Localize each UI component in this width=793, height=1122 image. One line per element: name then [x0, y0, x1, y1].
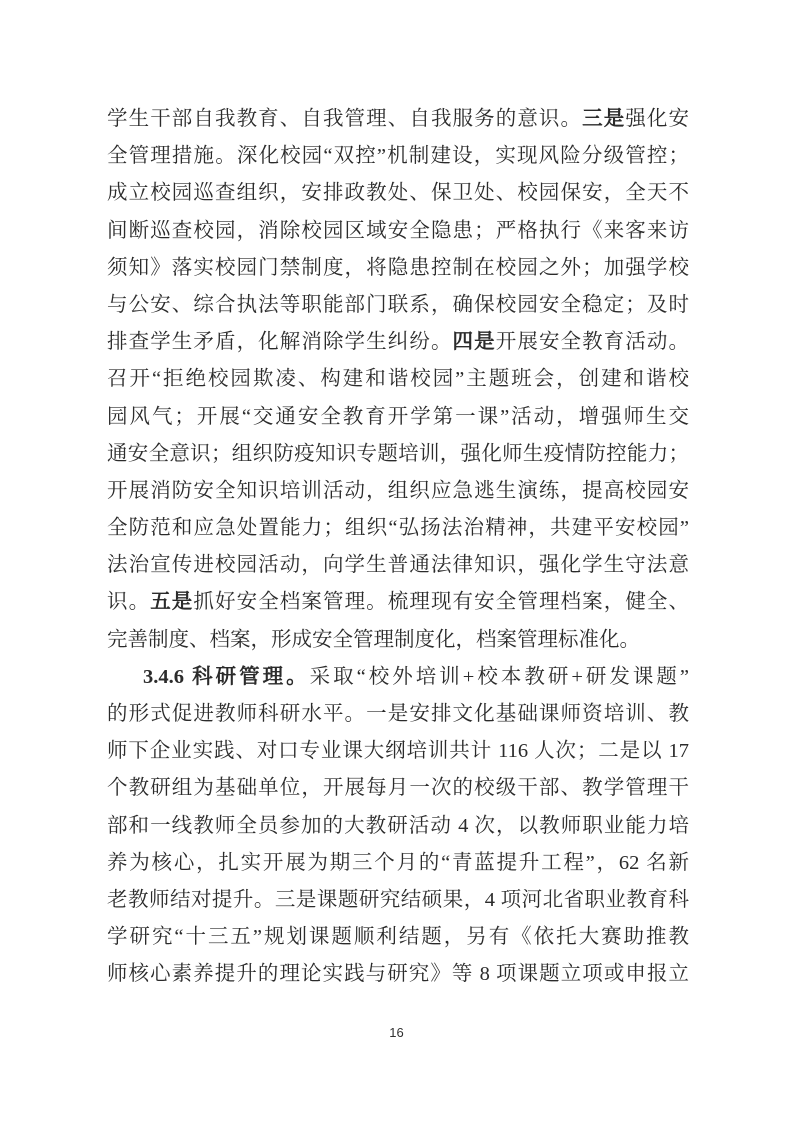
text-run: 全防范和应急处置能力；组织“弘扬法治精神，共建平安校园”: [107, 517, 689, 539]
text-line: 部和一线教师全员参加的大教研活动 4 次，以教师职业能力培: [107, 808, 689, 845]
text-line: 通安全意识；组织防疫知识专题培训，强化师生疫情防控能力；: [107, 436, 689, 473]
text-run: 与公安、综合执法等职能部门联系，确保校园安全稳定；及时: [107, 294, 689, 316]
document-body: 学生干部自我教育、自我管理、自我服务的意识。三是强化安全管理措施。深化校园“双控…: [107, 101, 689, 994]
text-run: 的形式促进教师科研水平。一是安排文化基础课师资培训、教: [107, 703, 689, 725]
text-line: 法治宣传进校园活动，向学生普通法律知识，强化学生守法意: [107, 547, 689, 584]
text-line: 完善制度、档案，形成安全管理制度化，档案管理标准化。: [107, 622, 689, 659]
text-line: 全防范和应急处置能力；组织“弘扬法治精神，共建平安校园”: [107, 510, 689, 547]
text-line: 全管理措施。深化校园“双控”机制建设，实现风险分级管控；: [107, 138, 689, 175]
text-line: 学生干部自我教育、自我管理、自我服务的意识。三是强化安: [107, 101, 689, 138]
bold-text-run: 四是: [453, 331, 496, 353]
text-line: 3.4.6 科研管理。采取“校外培训+校本教研+研发课题”: [107, 659, 689, 696]
text-run: 师下企业实践、对口专业课大纲培训共计 116 人次；二是以 17: [107, 740, 689, 762]
text-run: 老教师结对提升。三是课题研究结硕果，4 项河北省职业教育科: [107, 889, 689, 911]
text-run: 师核心素养提升的理论实践与研究》等 8 项课题立项或申报立: [107, 963, 689, 985]
text-line: 师下企业实践、对口专业课大纲培训共计 116 人次；二是以 17: [107, 733, 689, 770]
text-run: 开展消防安全知识培训活动，组织应急逃生演练，提高校园安: [107, 480, 689, 502]
text-line: 养为核心，扎实开展为期三个月的“青蓝提升工程”，62 名新: [107, 845, 689, 882]
text-run: 养为核心，扎实开展为期三个月的“青蓝提升工程”，62 名新: [107, 852, 689, 874]
text-line: 的形式促进教师科研水平。一是安排文化基础课师资培训、教: [107, 696, 689, 733]
text-run: 个教研组为基础单位，开展每月一次的校级干部、教学管理干: [107, 777, 689, 799]
bold-text-run: 3.4.6 科研管理。: [143, 666, 310, 688]
text-run: 学研究“十三五”规划课题顺利结题，另有《依托大赛助推教: [107, 926, 689, 948]
text-line: 召开“拒绝校园欺凌、构建和谐校园”主题班会，创建和谐校: [107, 361, 689, 398]
text-run: 识。: [107, 591, 150, 613]
text-line: 老教师结对提升。三是课题研究结硕果，4 项河北省职业教育科: [107, 882, 689, 919]
bold-text-run: 三是: [582, 108, 625, 130]
text-run: 开展安全教育活动。: [496, 331, 689, 353]
text-run: 排查学生矛盾，化解消除学生纠纷。: [107, 331, 453, 353]
text-line: 开展消防安全知识培训活动，组织应急逃生演练，提高校园安: [107, 473, 689, 510]
text-run: 采取“校外培训+校本教研+研发课题”: [310, 666, 689, 688]
text-run: 强化安: [625, 108, 689, 130]
document-page: 学生干部自我教育、自我管理、自我服务的意识。三是强化安全管理措施。深化校园“双控…: [0, 0, 793, 1122]
text-line: 排查学生矛盾，化解消除学生纠纷。四是开展安全教育活动。: [107, 324, 689, 361]
text-line: 学研究“十三五”规划课题顺利结题，另有《依托大赛助推教: [107, 919, 689, 956]
text-run: 通安全意识；组织防疫知识专题培训，强化师生疫情防控能力；: [107, 443, 689, 465]
text-run: 须知》落实校园门禁制度，将隐患控制在校园之外；加强学校: [107, 257, 689, 279]
text-line: 须知》落实校园门禁制度，将隐患控制在校园之外；加强学校: [107, 250, 689, 287]
text-line: 师核心素养提升的理论实践与研究》等 8 项课题立项或申报立: [107, 956, 689, 993]
text-run: 成立校园巡查组织，安排政教处、保卫处、校园保安，全天不: [107, 182, 689, 204]
text-line: 个教研组为基础单位，开展每月一次的校级干部、教学管理干: [107, 770, 689, 807]
text-run: 学生干部自我教育、自我管理、自我服务的意识。: [107, 108, 582, 130]
text-run: 全管理措施。深化校园“双控”机制建设，实现风险分级管控；: [107, 145, 689, 167]
text-line: 成立校园巡查组织，安排政教处、保卫处、校园保安，全天不: [107, 175, 689, 212]
page-number: 16: [0, 1025, 793, 1040]
text-run: 抓好安全档案管理。梳理现有安全管理档案，健全、: [193, 591, 689, 613]
text-run: 完善制度、档案，形成安全管理制度化，档案管理标准化。: [107, 629, 640, 651]
text-line: 园风气；开展“交通安全教育开学第一课”活动，增强师生交: [107, 399, 689, 436]
text-run: 园风气；开展“交通安全教育开学第一课”活动，增强师生交: [107, 406, 689, 428]
text-run: 部和一线教师全员参加的大教研活动 4 次，以教师职业能力培: [107, 815, 689, 837]
text-line: 识。五是抓好安全档案管理。梳理现有安全管理档案，健全、: [107, 584, 689, 621]
text-run: 间断巡查校园，消除校园区域安全隐患；严格执行《来客来访: [107, 220, 689, 242]
text-line: 间断巡查校园，消除校园区域安全隐患；严格执行《来客来访: [107, 213, 689, 250]
text-run: 召开“拒绝校园欺凌、构建和谐校园”主题班会，创建和谐校: [107, 368, 689, 390]
bold-text-run: 五是: [150, 591, 193, 613]
text-line: 与公安、综合执法等职能部门联系，确保校园安全稳定；及时: [107, 287, 689, 324]
text-run: 法治宣传进校园活动，向学生普通法律知识，强化学生守法意: [107, 554, 689, 576]
